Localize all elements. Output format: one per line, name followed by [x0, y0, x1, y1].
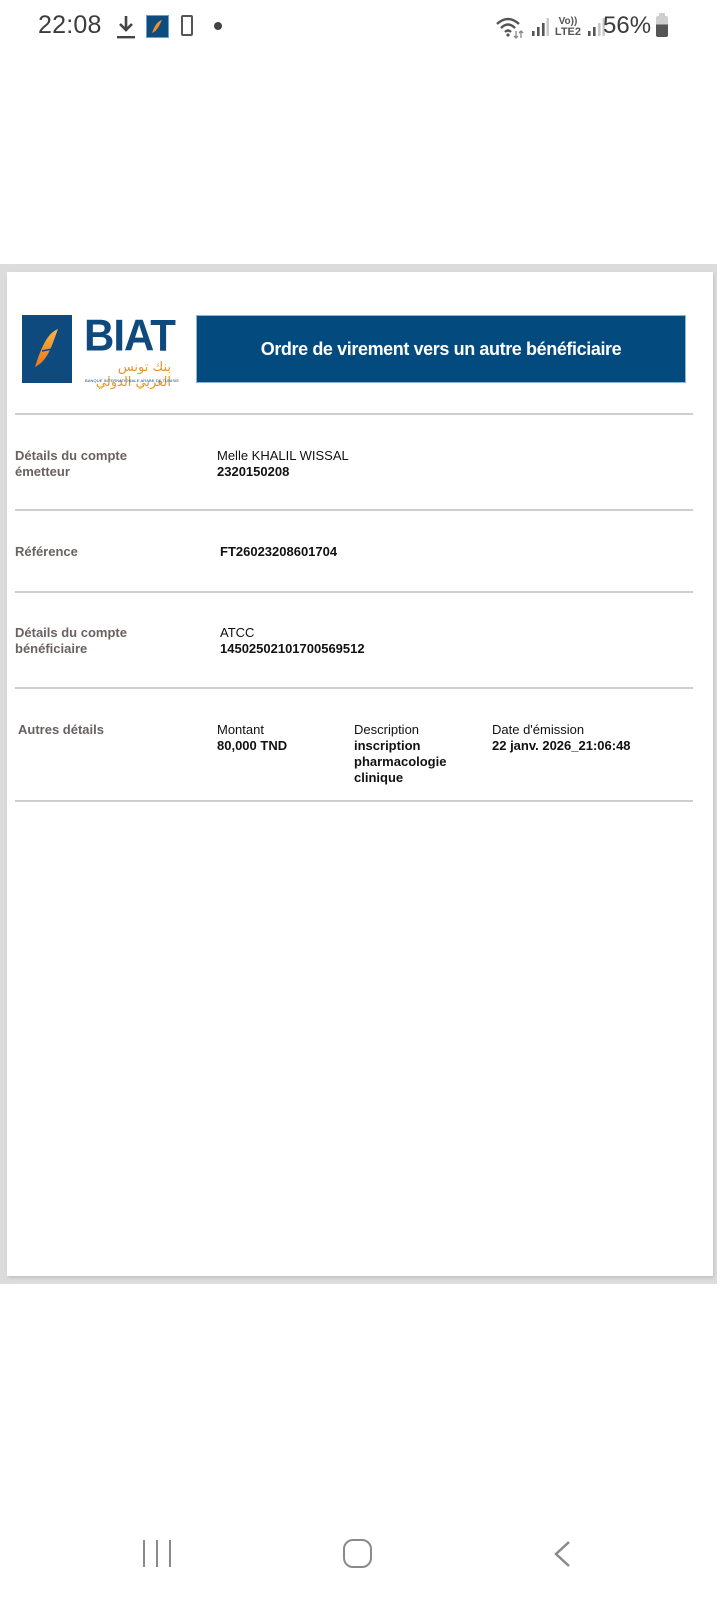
document-title-banner: Ordre de virement vers un autre bénéfici…: [196, 315, 686, 383]
logo-wordmark: BIAT: [84, 311, 175, 361]
volte-lte2-icon: Vo)) LTE2: [555, 17, 581, 37]
divider: [15, 687, 693, 689]
amount-value: 80,000 TND: [217, 738, 287, 754]
reference-value: FT26023208601704: [220, 544, 337, 560]
emitter-name: Melle KHALIL WISSAL: [217, 448, 349, 464]
emitter-label-line1: Détails du compte: [15, 448, 127, 464]
beneficiary-label: Détails du compte bénéficiaire: [15, 625, 127, 657]
wifi-icon: [495, 15, 525, 39]
navigation-bar: [0, 1510, 720, 1600]
logo-arabic-text: بنك تونس العربي الدولي: [85, 360, 171, 390]
back-button[interactable]: [552, 1540, 572, 1568]
beneficiary-label-line1: Détails du compte: [15, 625, 127, 641]
logo-subtitle: BANQUE INTERNATIONALE ARABE DE TUNISIE: [85, 378, 179, 383]
description-line1: inscription: [354, 738, 446, 754]
divider: [15, 413, 693, 415]
beneficiary-name: ATCC: [220, 625, 254, 641]
lte2-label: LTE2: [555, 27, 581, 37]
description-line3: clinique: [354, 770, 446, 786]
beneficiary-account: 14502502101700569512: [220, 641, 365, 657]
emitter-label-line2: émetteur: [15, 464, 127, 480]
divider: [15, 800, 693, 802]
status-bar: 22:08 Vo)) LTE2: [0, 0, 720, 56]
download-icon: [116, 14, 136, 40]
battery-icon: [656, 16, 668, 37]
divider: [15, 591, 693, 593]
status-time: 22:08: [38, 11, 102, 40]
reference-label: Référence: [15, 544, 78, 560]
emitter-label: Détails du compte émetteur: [15, 448, 127, 480]
notification-dot-icon: [214, 22, 222, 30]
beneficiary-label-line2: bénéficiaire: [15, 641, 127, 657]
recents-button[interactable]: [143, 1540, 171, 1567]
biat-logo-icon: [22, 315, 72, 383]
divider: [15, 509, 693, 511]
recents-icon: [143, 1540, 145, 1567]
document-title: Ordre de virement vers un autre bénéfici…: [261, 339, 622, 360]
biat-app-icon: [146, 15, 169, 38]
description-label: Description: [354, 722, 419, 738]
recents-icon: [169, 1540, 171, 1567]
emitter-account: 2320150208: [217, 464, 289, 480]
description-line2: pharmacologie: [354, 754, 446, 770]
amount-label: Montant: [217, 722, 264, 738]
recents-icon: [156, 1540, 158, 1567]
phone-checklist-icon: [181, 15, 193, 36]
other-details-label: Autres détails: [18, 722, 104, 738]
home-button[interactable]: [343, 1539, 372, 1568]
signal-icon-sim1: [531, 17, 549, 37]
document-viewer[interactable]: BIAT بنك تونس العربي الدولي BANQUE INTER…: [0, 264, 717, 1284]
description-value: inscription pharmacologie clinique: [354, 738, 446, 786]
date-value: 22 janv. 2026_21:06:48: [492, 738, 631, 754]
date-label: Date d'émission: [492, 722, 584, 738]
battery-percent: 56%: [603, 12, 651, 40]
document-page: BIAT بنك تونس العربي الدولي BANQUE INTER…: [7, 272, 713, 1276]
